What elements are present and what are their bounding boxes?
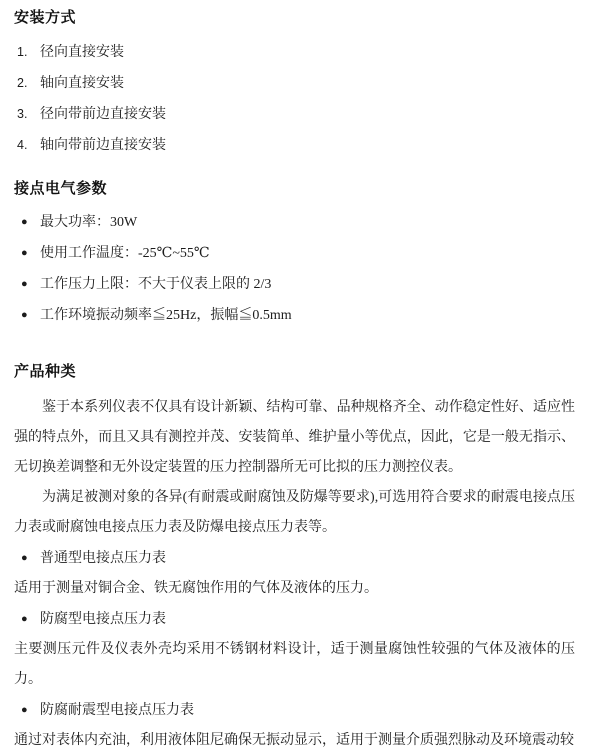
list-item: ●工作环境振动频率≦25Hz，振幅≦0.5mm [14, 300, 575, 331]
list-item: 1.径向直接安装 [14, 37, 575, 68]
bullet-icon: ● [21, 269, 40, 299]
list-item: 4.轴向带前边直接安装 [14, 130, 575, 161]
product-type-description: 主要测压元件及仪表外壳均采用不锈钢材料设计，适于测量腐蚀性较强的气体及液体的压力… [14, 635, 575, 695]
section-installation-heading: 安装方式 [14, 9, 575, 27]
bullet-icon: ● [21, 695, 40, 725]
product-type-name: 普通型电接点压力表 [40, 551, 166, 566]
list-item: 2.轴向直接安装 [14, 68, 575, 99]
list-item-number: 3. [17, 99, 40, 129]
list-item-text: 工作环境振动频率≦25Hz，振幅≦0.5mm [40, 308, 292, 323]
section-products-heading: 产品种类 [14, 363, 575, 381]
bullet-icon: ● [21, 207, 40, 237]
list-item: ●使用工作温度：-25℃~55℃ [14, 238, 575, 269]
list-item-text: 径向带前边直接安装 [40, 107, 166, 122]
bullet-icon: ● [21, 300, 40, 330]
intro-paragraph: 为满足被测对象的各异(有耐震或耐腐蚀及防爆等要求),可选用符合要求的耐震电接点压… [14, 483, 575, 543]
bullet-icon: ● [21, 238, 40, 268]
electrical-parameter-list: ●最大功率：30W ●使用工作温度：-25℃~55℃ ●工作压力上限：不大于仪表… [14, 207, 575, 331]
product-type-description: 适用于测量对铜合金、铁无腐蚀作用的气体及液体的压力。 [14, 574, 575, 604]
installation-method-list: 1.径向直接安装 2.轴向直接安装 3.径向带前边直接安装 4.轴向带前边直接安… [14, 37, 575, 161]
section-installation: 安装方式 1.径向直接安装 2.轴向直接安装 3.径向带前边直接安装 4.轴向带… [14, 9, 575, 161]
product-type-item: ●防腐耐震型电接点压力表 [14, 695, 575, 726]
list-item: ●最大功率：30W [14, 207, 575, 238]
bullet-icon: ● [21, 543, 40, 573]
list-item-number: 4. [17, 130, 40, 160]
list-item-text: 轴向带前边直接安装 [40, 138, 166, 153]
product-type-item: ●普通型电接点压力表 [14, 543, 575, 574]
list-item-number: 2. [17, 68, 40, 98]
bullet-icon: ● [21, 604, 40, 634]
list-item-text: 轴向直接安装 [40, 76, 124, 91]
section-electrical-parameters: 接点电气参数 ●最大功率：30W ●使用工作温度：-25℃~55℃ ●工作压力上… [14, 180, 575, 331]
product-type-item: ●防腐型电接点压力表 [14, 604, 575, 635]
list-item-text: 最大功率：30W [40, 215, 137, 230]
document-page: 安装方式 1.径向直接安装 2.轴向直接安装 3.径向带前边直接安装 4.轴向带… [0, 0, 589, 750]
product-type-name: 防腐耐震型电接点压力表 [40, 703, 194, 718]
list-item: 3.径向带前边直接安装 [14, 99, 575, 130]
list-item: ●工作压力上限：不大于仪表上限的 2/3 [14, 269, 575, 300]
product-type-description: 通过对表体内充油，利用液体阻尼确保无振动显示，适用于测量介质强烈脉动及环境震动较 [14, 726, 575, 750]
list-item-text: 径向直接安装 [40, 45, 124, 60]
section-product-types: 产品种类 鉴于本系列仪表不仅具有设计新颖、结构可靠、品种规格齐全、动作稳定性好、… [14, 363, 575, 750]
product-type-name: 防腐型电接点压力表 [40, 612, 166, 627]
list-item-text: 工作压力上限：不大于仪表上限的 2/3 [40, 277, 271, 292]
section-electrical-heading: 接点电气参数 [14, 180, 575, 198]
intro-paragraph: 鉴于本系列仪表不仅具有设计新颖、结构可靠、品种规格齐全、动作稳定性好、适应性强的… [14, 393, 575, 483]
list-item-text: 使用工作温度：-25℃~55℃ [40, 246, 210, 261]
list-item-number: 1. [17, 37, 40, 67]
